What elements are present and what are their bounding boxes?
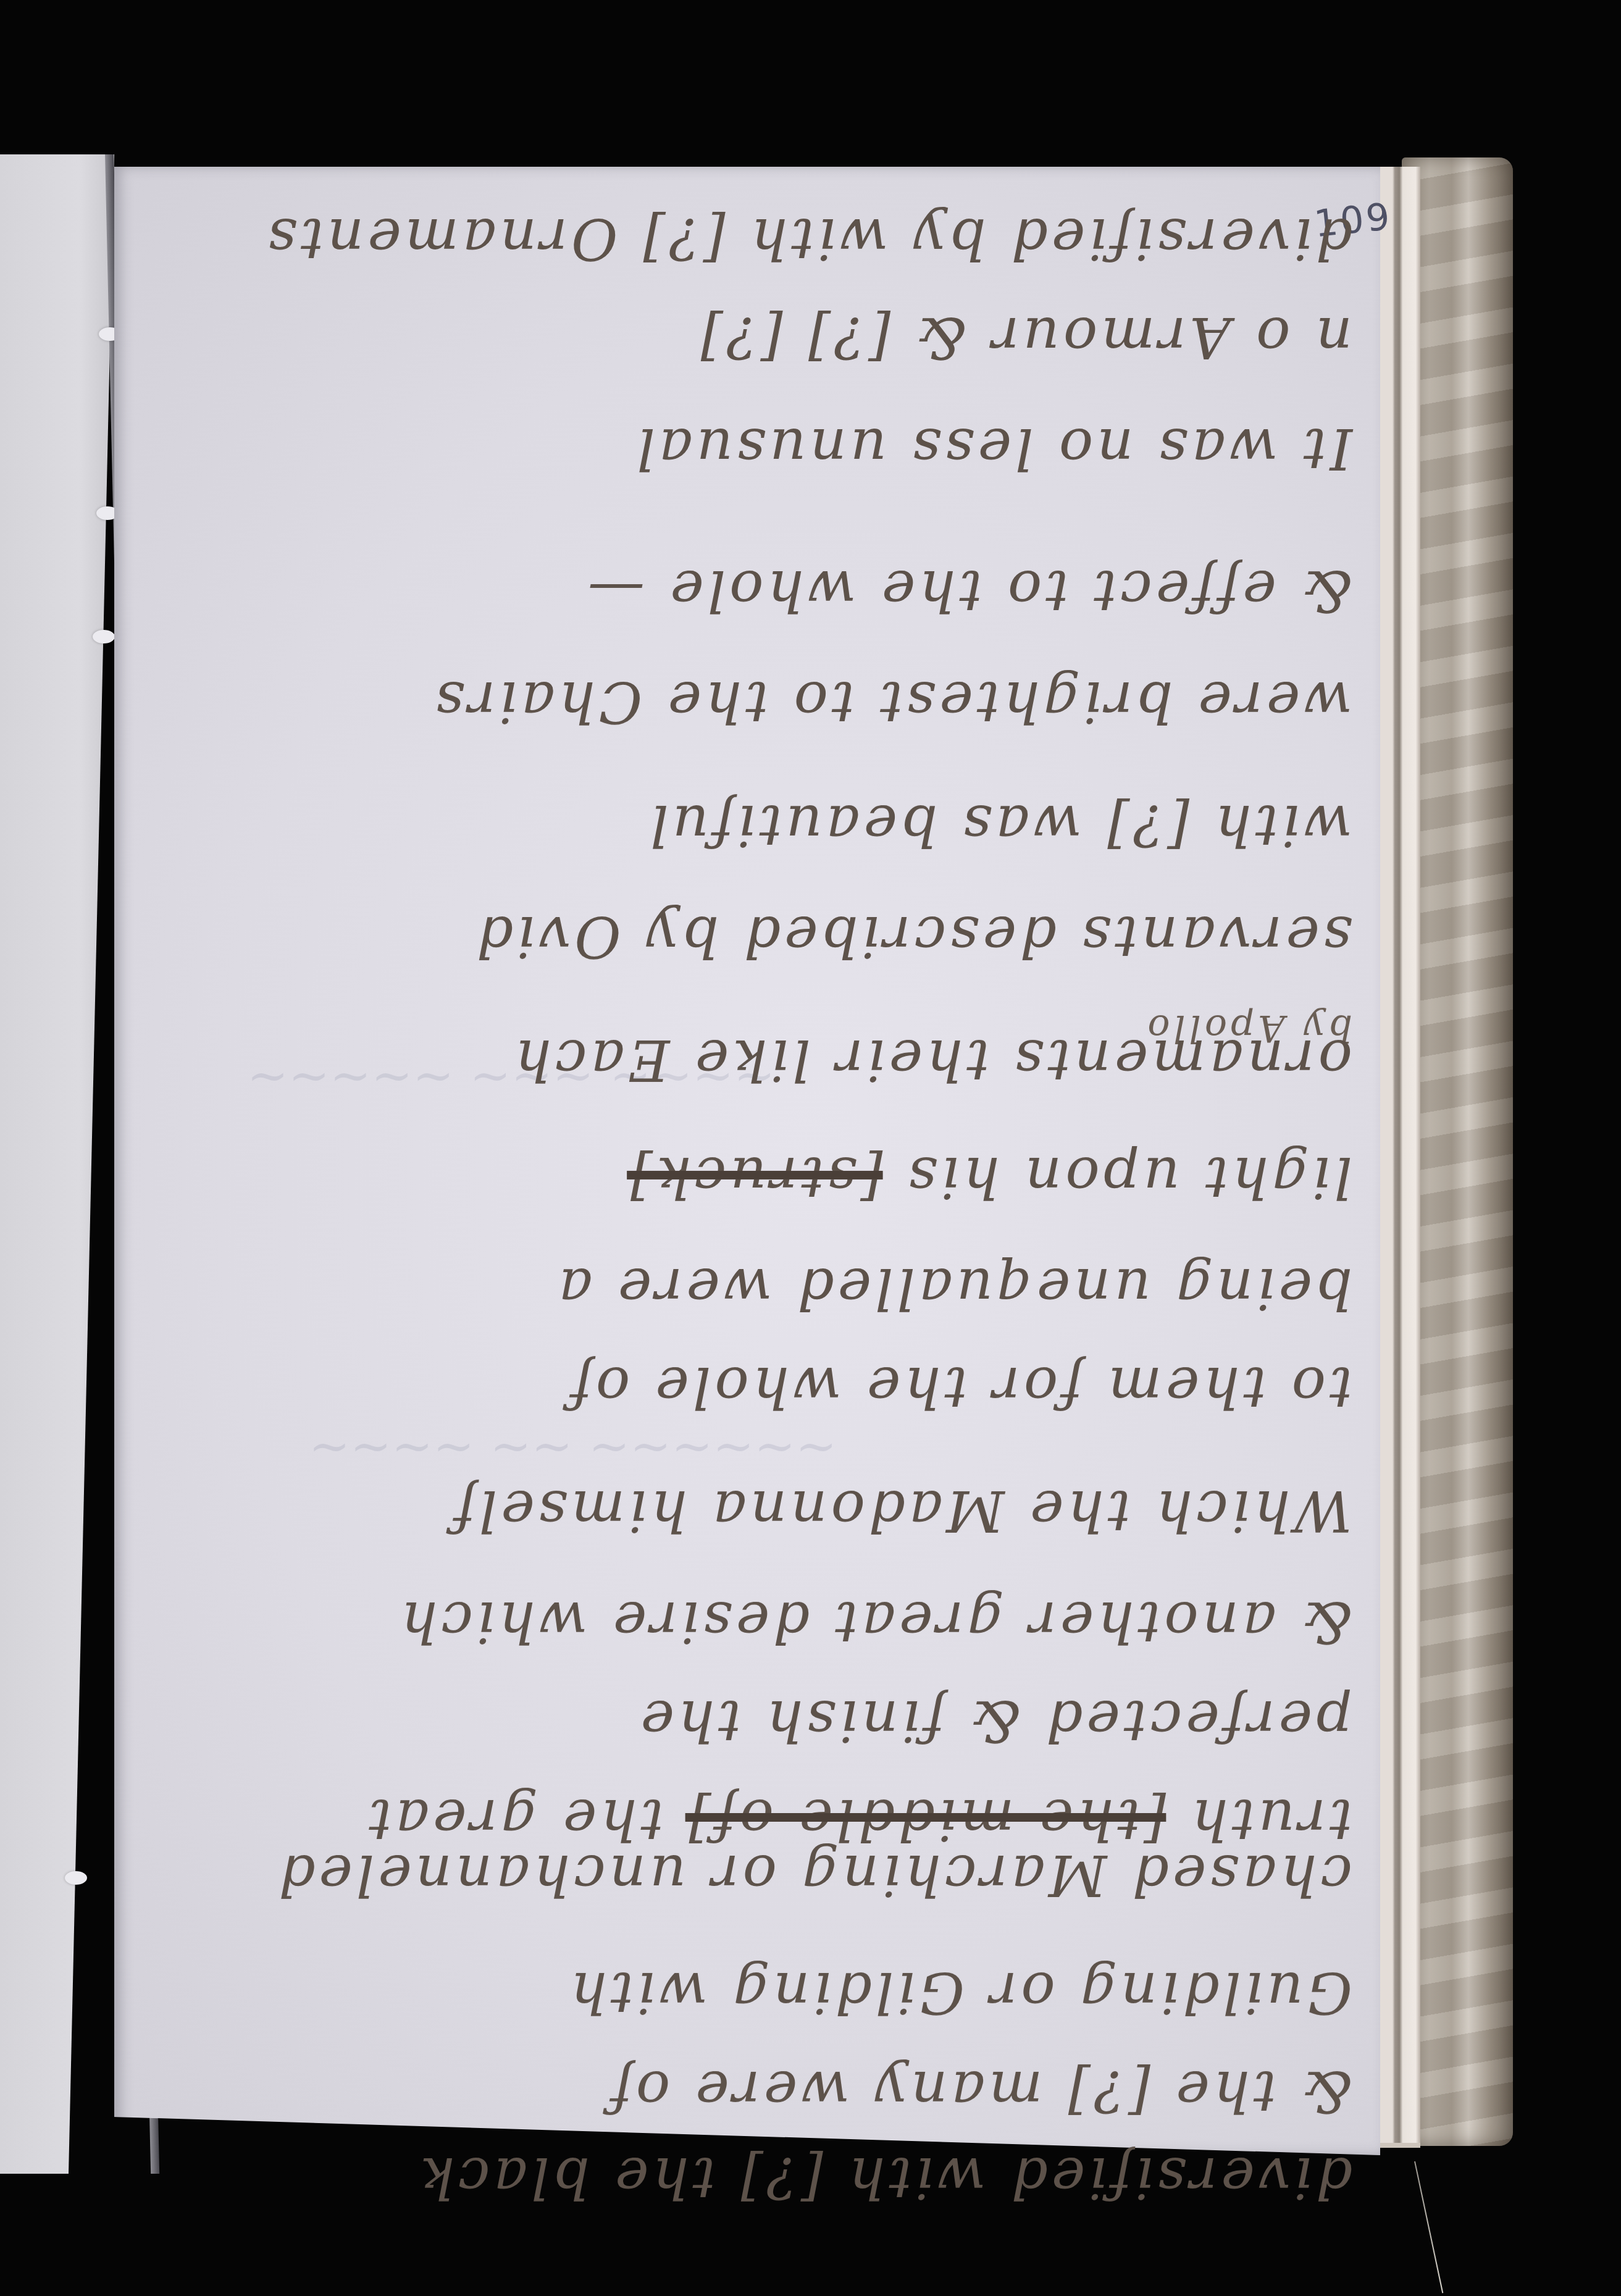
handwritten-line: ornaments their like Each: [142, 1027, 1352, 1093]
page-edge-stack: [1374, 167, 1420, 2148]
handwritten-line: being unequalled were a: [142, 1255, 1352, 1322]
bookmark-thread: [1414, 2161, 1443, 2294]
handwritten-line: perfected & finish the: [142, 1688, 1352, 1754]
handwritten-line: light upon his [struck]: [142, 1144, 1352, 1210]
handwritten-line: servants described by Ovid: [142, 903, 1352, 970]
handwritten-line: n o Armour & [?] [?]: [142, 304, 1352, 371]
handwritten-line: & the [?] many were of: [142, 2058, 1352, 2124]
handwritten-line: diversified with [?] the black: [142, 2145, 1352, 2211]
struck-through-word: [struck]: [627, 1144, 882, 1210]
handwritten-line: & effect to the whole —: [142, 558, 1352, 624]
handwritten-line: to them for the whole of: [142, 1354, 1352, 1420]
photo-stage: ~~~~ ~~~ ~~~~~ ~~~~~~ ~~ ~~~~ 109 divers…: [0, 0, 1621, 2296]
handwritten-text-block: diversified by with [?] Ornamentsn o Arm…: [142, 185, 1352, 2118]
handwritten-line: with [?] was beautiful: [142, 792, 1352, 858]
handwritten-line: chased Marching or unchanneled: [142, 1842, 1352, 1908]
handwritten-line: It was no less unusual: [142, 416, 1352, 482]
handwritten-line: & another great desire which: [142, 1589, 1352, 1655]
handwritten-line: Guilding or Gilding with: [142, 1959, 1352, 2026]
left-facing-page: [0, 154, 114, 2174]
handwritten-line: were brightest to the Chairs: [142, 669, 1352, 735]
handwritten-line: diversified by with [?] Ornaments: [142, 206, 1352, 272]
binding-stitch: [65, 1871, 87, 1885]
binding-stitch: [93, 630, 115, 643]
handwritten-line: Which the Madonna himself: [142, 1478, 1352, 1544]
